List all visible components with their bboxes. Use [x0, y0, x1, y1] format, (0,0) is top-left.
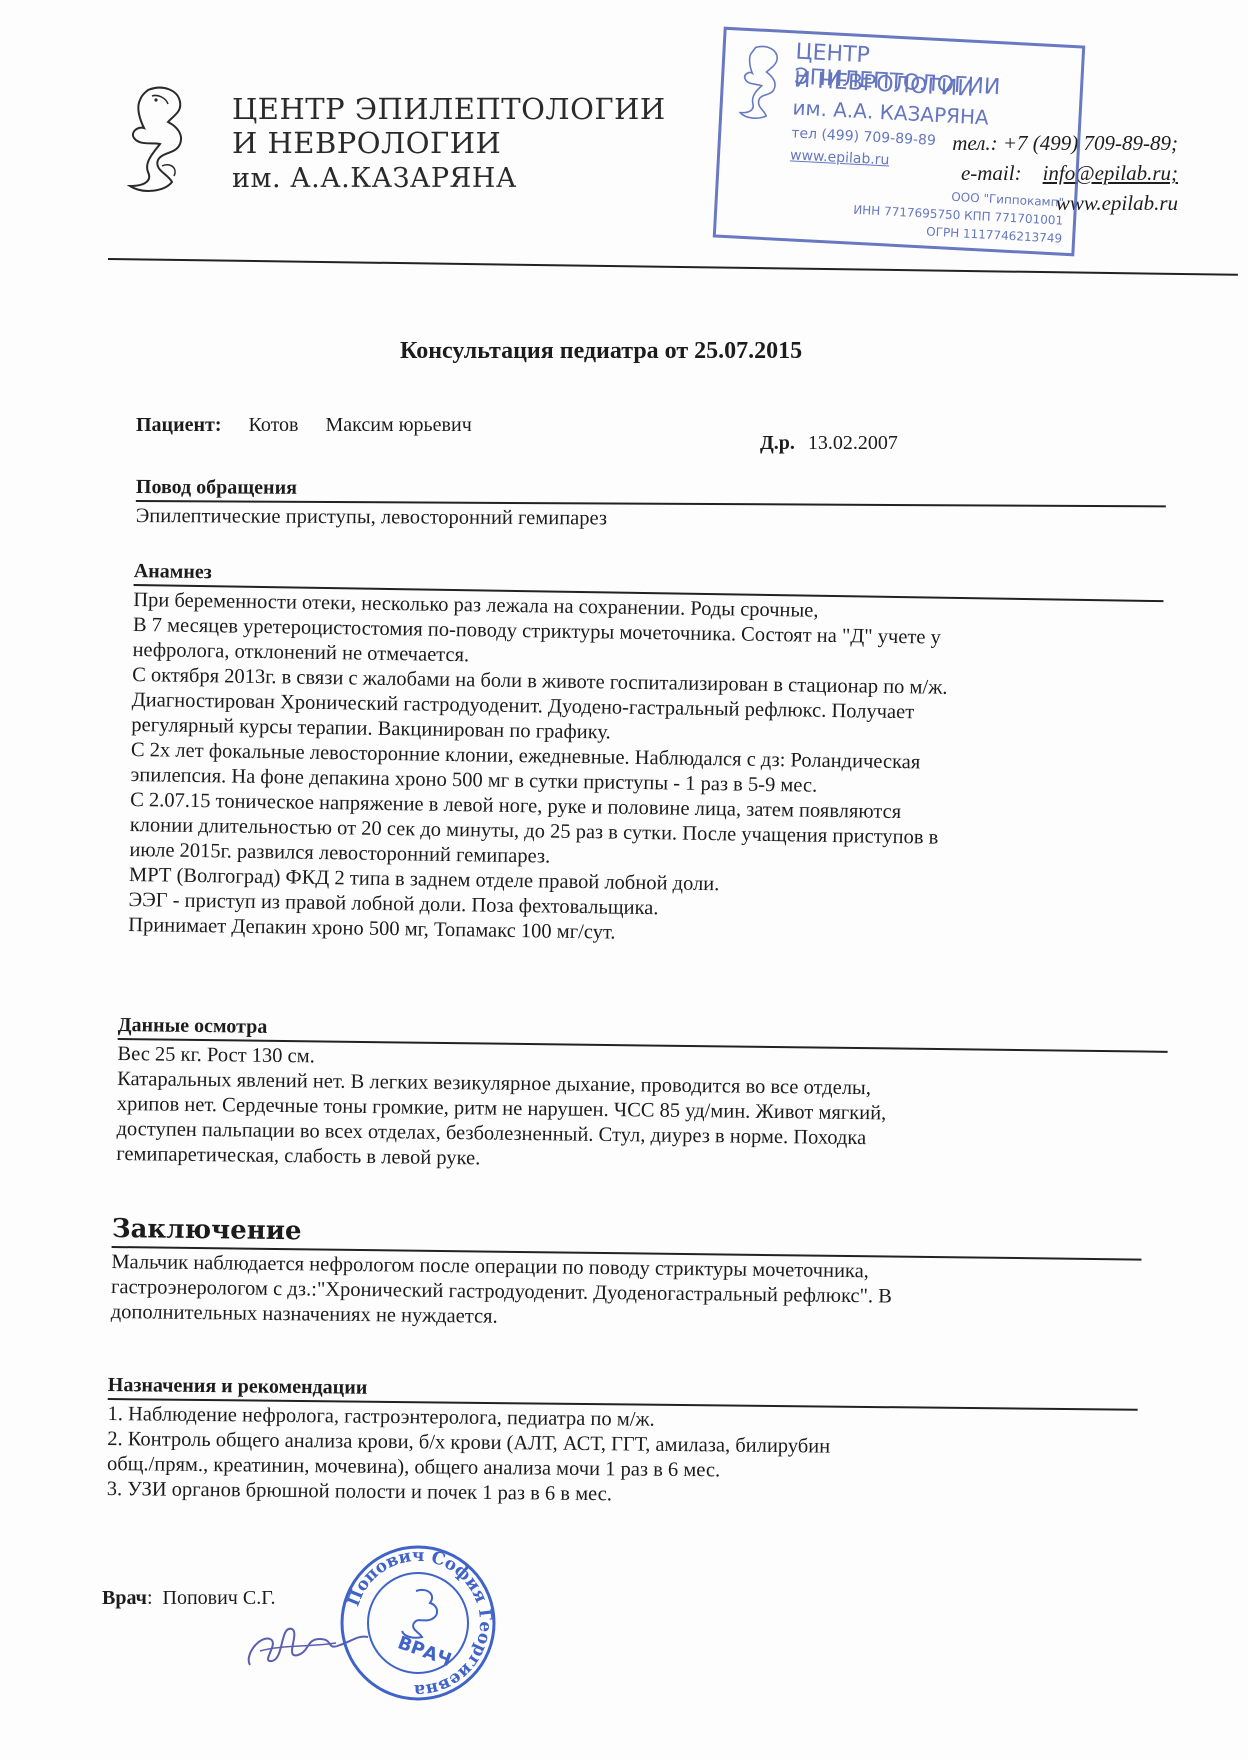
- stamp-phone: тел (499) 709-89-89: [791, 125, 936, 149]
- org-name-line2: И НЕВРОЛОГИИ: [232, 126, 666, 160]
- section-anamnesis: Анамнез При беременности отеки, нескольк…: [128, 558, 1164, 954]
- section-text: Эпилептические приступы, левосторонний г…: [136, 503, 1166, 533]
- letterhead-divider: [108, 258, 1238, 276]
- seahorse-logo-icon: [118, 82, 198, 202]
- stamp-ogrn: ОГРН 1117746213749: [926, 225, 1063, 246]
- date-of-birth: Д.р. 13.02.2007: [760, 432, 898, 455]
- organization-name: ЦЕНТР ЭПИЛЕПТОЛОГИИ И НЕВРОЛОГИИ им. А.А…: [232, 92, 666, 198]
- doctor-name: Попович С.Г.: [163, 1587, 276, 1609]
- doctor-signature-line: Врач: Попович С.Г.: [102, 1587, 276, 1610]
- stamp-seahorse-icon: [734, 40, 788, 123]
- org-name-line3: им. А.А.КАЗАРЯНА: [232, 160, 666, 198]
- section-reason: Повод обращения Эпилептические приступы,…: [136, 474, 1166, 534]
- document-page: ЦЕНТР ЭПИЛЕПТОЛОГИИ И НЕВРОЛОГИИ им. А.А…: [0, 0, 1248, 1760]
- dob-label: Д.р.: [760, 432, 795, 454]
- section-heading: Повод обращения: [136, 474, 1166, 505]
- document-title: Консультация педиатра от 25.07.2015: [400, 338, 802, 365]
- doctor-label: Врач: [102, 1587, 147, 1609]
- patient-info: Пациент: Котов Максим юрьевич: [136, 414, 472, 437]
- patient-label: Пациент:: [136, 414, 222, 436]
- organization-stamp: ЦЕНТР ЭПИЛЕПТОЛОГИИ И НЕВРОЛОГИИ им. А.А…: [713, 27, 1086, 257]
- section-recommendations: Назначения и рекомендации 1. Наблюдение …: [107, 1372, 1138, 1512]
- doctor-colon: :: [147, 1587, 163, 1609]
- section-conclusion: Заключение Мальчик наблюдается нефролого…: [111, 1212, 1142, 1337]
- patient-first-names: Максим юрьевич: [326, 414, 472, 436]
- stamp-website: www.epilab.ru: [790, 147, 890, 168]
- patient-last-name: Котов: [249, 414, 299, 436]
- doctor-seal-icon: Попович София Георгиевна ВРАЧ: [338, 1543, 498, 1703]
- dob-value: 13.02.2007: [808, 432, 898, 454]
- section-examination: Данные осмотра Вес 25 кг. Рост 130 см. К…: [116, 1012, 1168, 1179]
- svg-text:ВРАЧ: ВРАЧ: [395, 1632, 454, 1671]
- org-name-line1: ЦЕНТР ЭПИЛЕПТОЛОГИИ: [232, 92, 666, 126]
- stamp-company: ООО "Гиппокамп": [951, 190, 1064, 210]
